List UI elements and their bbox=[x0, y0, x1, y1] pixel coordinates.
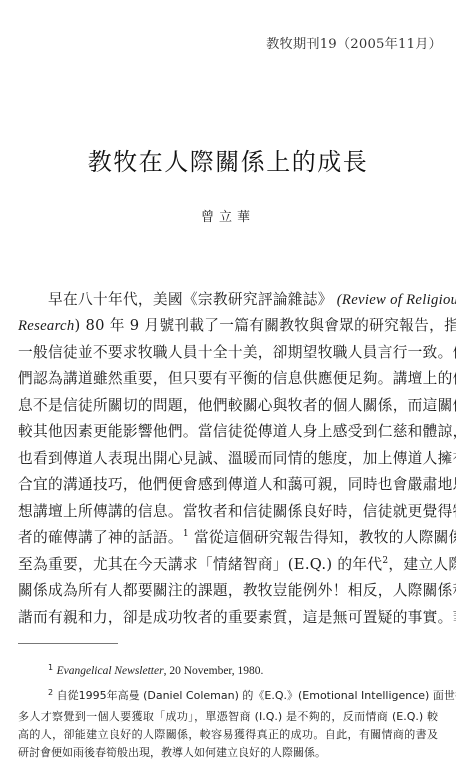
footnote-number: 1 bbox=[48, 663, 53, 672]
text-run: 一般信徒並不要求牧職人員十全十美，卻期望牧職人員言行一致。他 bbox=[18, 344, 456, 361]
italic-text: Research bbox=[18, 318, 75, 334]
text-run: 者的確傳講了神的話語。 bbox=[18, 529, 183, 546]
footnote-line: 高的人，卻能建立良好的人際關係，較容易獲得真正的成功。自此，有關情商的書及 bbox=[18, 728, 438, 742]
footnote-line: 研討會便如雨後春筍般出現，教導人如何建立良好的人際關係。 bbox=[18, 746, 438, 760]
text-run: 關係成為所有人都要關注的課題，教牧豈能例外！相反，人際關係和 bbox=[18, 582, 456, 599]
article-author: 曾立華 bbox=[0, 206, 456, 225]
text-run: 合宜的溝通技巧，他們便會感到傳道人和藹可親，同時也會嚴肅地思 bbox=[18, 476, 456, 493]
text-run: , 20 November, 1980. bbox=[164, 665, 264, 677]
text-run: 想講壇上所傳講的信息。當牧者和信徒關係良好時，信徒就更覺得牧 bbox=[18, 503, 456, 520]
body-line: 諧而有親和力，卻是成功牧者的重要素質，這是無可置疑的事實。華 bbox=[18, 609, 438, 627]
body-line: 想講壇上所傳講的信息。當牧者和信徒關係良好時，信徒就更覺得牧 bbox=[18, 503, 438, 521]
body-line: 們認為講道雖然重要，但只要有平衡的信息供應便足夠。講壇上的信 bbox=[18, 370, 438, 388]
text-run: 研討會便如雨後春筍般出現，教導人如何建立良好的人際關係。 bbox=[18, 746, 326, 759]
text-run: 早在八十年代，美國《宗教研究評論雜誌》 bbox=[48, 291, 333, 308]
italic-text: (Review of Religious bbox=[333, 292, 456, 308]
running-header: 教牧期刊19（2005年11月） bbox=[266, 33, 442, 52]
footnote-number: 2 bbox=[48, 688, 53, 697]
article-title: 教牧在人際關係上的成長 bbox=[0, 142, 456, 177]
body-line: 關係成為所有人都要關注的課題，教牧豈能例外！相反，人際關係和 bbox=[18, 582, 438, 600]
body-line: 合宜的溝通技巧，他們便會感到傳道人和藹可親，同時也會嚴肅地思 bbox=[18, 476, 438, 494]
text-run: 當從這個研究報告得知，教牧的人際關係 bbox=[189, 529, 456, 546]
italic-text: Evangelical Newsletter bbox=[57, 665, 164, 677]
text-run: 至為重要，尤其在今天講求「情緒智商」(E.Q.) 的年代 bbox=[18, 556, 382, 573]
footnote-line: 2 自從1995年高曼 (Daniel Coleman) 的《E.Q.》(Emo… bbox=[48, 689, 438, 703]
text-run: 諧而有親和力，卻是成功牧者的重要素質，這是無可置疑的事實。華 bbox=[18, 609, 456, 626]
text-run: 們認為講道雖然重要，但只要有平衡的信息供應便足夠。講壇上的信 bbox=[18, 370, 456, 387]
text-run: ) 80 年 9 月號刊載了一篇有關教牧與會眾的研究報告，指出 bbox=[75, 317, 456, 334]
body-line: 者的確傳講了神的話語。1 當從這個研究報告得知，教牧的人際關係 bbox=[18, 529, 438, 547]
text-run: 多人才察覺到一個人要獲取「成功」，單憑智商 (I.Q.) 是不夠的，反而情商 (… bbox=[18, 710, 438, 723]
text-run: 較其他因素更能影響他們。當信徒從傳道人身上感受到仁慈和體諒， bbox=[18, 423, 456, 440]
body-line: Research) 80 年 9 月號刊載了一篇有關教牧與會眾的研究報告，指出 bbox=[18, 317, 438, 335]
footnote-ref: 2 bbox=[382, 556, 388, 566]
body-line: 至為重要，尤其在今天講求「情緒智商」(E.Q.) 的年代2，建立人際 bbox=[18, 556, 438, 574]
body-line: 早在八十年代，美國《宗教研究評論雜誌》 (Review of Religious bbox=[48, 291, 438, 309]
text-run: 也看到傳道人表現出開心見誠、溫暖而同情的態度，加上傳道人擁有 bbox=[18, 450, 456, 467]
footnote-divider bbox=[18, 643, 118, 644]
footnote-line: 多人才察覺到一個人要獲取「成功」，單憑智商 (I.Q.) 是不夠的，反而情商 (… bbox=[18, 710, 438, 724]
text-run: 息不是信徒所關切的問題，他們較關心與牧者的個人關係，而這關係 bbox=[18, 397, 456, 414]
text-run: 自從1995年高曼 (Daniel Coleman) 的《E.Q.》(Emoti… bbox=[57, 689, 456, 702]
footnote-line: 1 Evangelical Newsletter, 20 November, 1… bbox=[48, 664, 438, 678]
text-run: ，建立人際 bbox=[388, 556, 456, 573]
body-line: 息不是信徒所關切的問題，他們較關心與牧者的個人關係，而這關係 bbox=[18, 397, 438, 415]
body-line: 較其他因素更能影響他們。當信徒從傳道人身上感受到仁慈和體諒， bbox=[18, 423, 438, 441]
footnote-ref: 1 bbox=[183, 529, 189, 539]
text-run: 高的人，卻能建立良好的人際關係，較容易獲得真正的成功。自此，有關情商的書及 bbox=[18, 728, 438, 741]
body-line: 也看到傳道人表現出開心見誠、溫暖而同情的態度，加上傳道人擁有 bbox=[18, 450, 438, 468]
body-line: 一般信徒並不要求牧職人員十全十美，卻期望牧職人員言行一致。他 bbox=[18, 344, 438, 362]
